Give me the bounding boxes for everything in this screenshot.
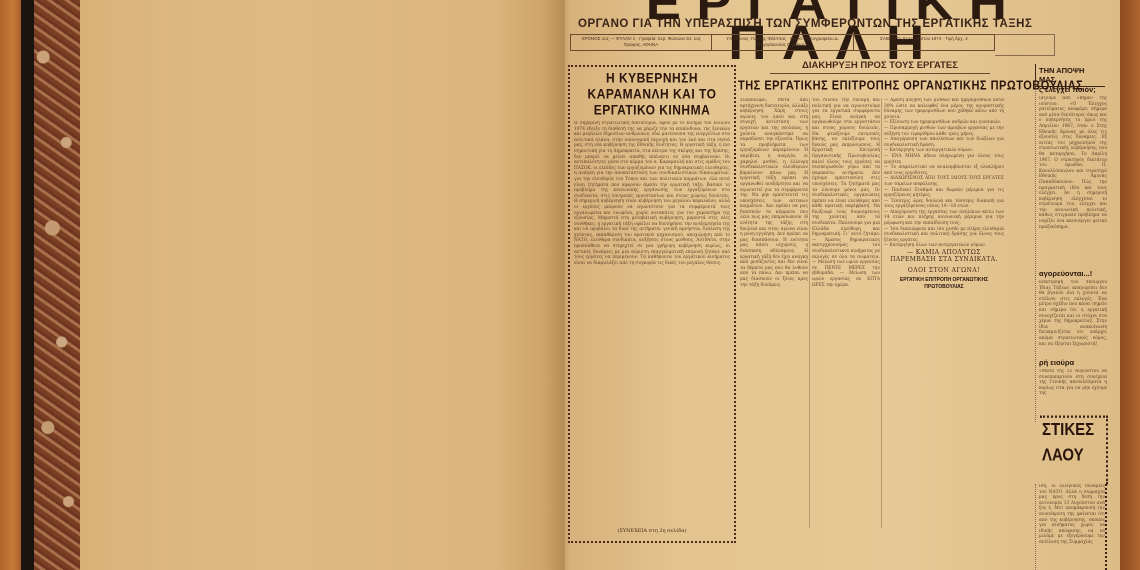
opinion-column: ς ελέγχει ποιόν; ιάζουμε από «Βήμα» της … xyxy=(1035,82,1107,422)
issue-info: ΧΡΟΝΟΣ 1ος — ΦΥΛΛΟ 1 · Γραφεία: Σερ. Φώτ… xyxy=(571,35,712,50)
wooden-table-right xyxy=(1120,0,1140,570)
demand-item: — Απαγόρευση της εργασίας των ανηλίκων κ… xyxy=(884,210,1004,227)
book-spine xyxy=(21,0,34,570)
date-price-info: ΣΑΒΒΑΤΟ 10 Αυγούστου 1974 · Τιμή δρχ. 3 xyxy=(854,35,994,50)
article-karamanlis: Η ΚΥΒΕΡΝΗΣΗ ΚΑΡΑΜΑΝΛΗ ΚΑΙ ΤΟ ΕΡΓΑΤΙΚΟ ΚΙ… xyxy=(568,65,736,543)
column-divider xyxy=(881,98,882,528)
opinion-subheading: αγορεύονται...! xyxy=(1039,269,1107,278)
column-divider xyxy=(809,98,810,528)
demand-item: — Το ασφαλιστικό να αναλαμβάνεται εξ ολο… xyxy=(884,165,1004,176)
demand-item: — ΕΝΑ ΜΗΝΑ άδεια πληρωμένη για όλους του… xyxy=(884,154,1004,165)
demand-item: — Ίσα δικαιώματα και ίσο μισθό με πλήρη … xyxy=(884,227,1004,244)
demand-item: — Τέσσερις ώρες δουλειά και τέσσερις δια… xyxy=(884,199,1004,210)
boxed-article-text: ιση, οι ελληνικές δυνάμεις του ΝΑΤΟ. Αλλ… xyxy=(1039,484,1105,570)
declaration-column-1: Συνάδελφοι, Μετά από εφτάχρονη δικτατορί… xyxy=(740,98,808,528)
demands-list: — Άμεση αύξηση των μισθών και ημερομισθί… xyxy=(884,98,1004,249)
declaration-kicker: ΔΙΑΚΗΡΥΞΗ ΠΡΟΣ ΤΟΥΣ ΕΡΓΑΤΕΣ xyxy=(770,60,990,74)
signature: ΕΡΓΑΤΙΚΗ ΕΠΙΤΡΟΠΗ ΟΡΓΑΝΩΤΙΚΗΣ ΠΡΩΤΟΒΟΥΛΙ… xyxy=(884,277,1004,290)
opinion-text: «Μέσα της 12 Αυγούστου να συνεπικαρτούν … xyxy=(1039,369,1107,399)
blank-left-page xyxy=(80,0,565,570)
declaration-demands-column: — Άμεση αύξηση των μισθών και ημερομισθί… xyxy=(884,98,1004,558)
opinion-text: Επέστρεψη του Υπουργού Ίδιας Τάξεως απαγ… xyxy=(1039,280,1107,355)
article-headline: Η ΚΥΒΕΡΝΗΣΗ ΚΑΡΑΜΑΝΛΗ ΚΑΙ ΤΟ ΕΡΓΑΤΙΚΟ ΚΙ… xyxy=(574,70,730,118)
wooden-table-left xyxy=(0,0,22,570)
article-body: Η σημερινή στρατιωτική δικτατορία, αφού … xyxy=(574,121,730,526)
opinion-subheading: ς ελέγχει ποιόν; xyxy=(1039,85,1107,94)
call-to-action: ΟΛΟΙ ΣΤΟΝ ΑΓΩΝΑ! xyxy=(884,267,1004,274)
slogan: — ΚΑΜΙΑ ΑΠΟΛΥΤΩΣ ΠΑΡΕΜΒΑΣΗ ΣΤΑ ΣΥΝΔΙΚΑΤΑ… xyxy=(884,249,1004,263)
column-text: του δίνουν την δύναμη και πολιτική για ν… xyxy=(812,98,880,528)
opinion-text: ιάζουμε από «Βήμα» της ιούστου: «Ο Έλεγχ… xyxy=(1039,96,1107,266)
masthead-edge-box xyxy=(995,34,1055,56)
continuation-note: (ΣΥΝΕΧΕΙΑ στη 2η σελίδα) xyxy=(574,528,730,534)
opinion-subheading: ρή ειούρα xyxy=(1039,358,1107,367)
demand-item: — Άμεση αύξηση των μισθών και ημερομισθί… xyxy=(884,98,1004,120)
publisher-info: Υπεύθυνος: Γιάννης Φιλίππας · Πρακτ. Τυπ… xyxy=(712,35,853,50)
demand-item: — Προσαρμογή μισθών των αμοιβών εργασίας… xyxy=(884,126,1004,137)
column-text: Συνάδελφοι, Μετά από εφτάχρονη δικτατορί… xyxy=(740,98,808,528)
marbled-endpaper xyxy=(34,0,80,570)
demand-item: — Απαγόρευση των απολύσεων και των διώξε… xyxy=(884,137,1004,148)
masthead-subtitle: ΟΡΓΑΝΟ ΓΙΑ ΤΗΝ ΥΠΕΡΑΣΠΙΣΗ ΤΩΝ ΣΥΜΦΕΡΟΝΤΩ… xyxy=(578,18,1008,30)
boxed-headline: ΣΤΙΚΕΣ ΛΑΟΥ xyxy=(1040,416,1108,485)
page-fold xyxy=(545,0,570,570)
declaration-headline: ΤΗΣ ΕΡΓΑΤΙΚΗΣ ΕΠΙΤΡΟΠΗΣ ΟΡΓΑΝΩΤΙΚΗΣ ΠΡΩΤ… xyxy=(738,79,1000,93)
masthead-info-bar: ΧΡΟΝΟΣ 1ος — ΦΥΛΛΟ 1 · Γραφεία: Σερ. Φώτ… xyxy=(570,34,995,51)
boxed-article: ιση, οι ελληνικές δυνάμεις του ΝΑΤΟ. Αλλ… xyxy=(1035,484,1107,570)
declaration-column-2: του δίνουν την δύναμη και πολιτική για ν… xyxy=(812,98,880,528)
demand-item: — ΔΙΑΧΩΡΙΣΜΟΣ ΑΠΟ ΤΟΥΣ ΙΔΙΟΥΣ ΤΟΥΣ ΕΡΓΑΤ… xyxy=(884,176,1004,187)
demand-item: — Παιδικοί Σταθμοί και δωρεάν μέριμνα γι… xyxy=(884,188,1004,199)
